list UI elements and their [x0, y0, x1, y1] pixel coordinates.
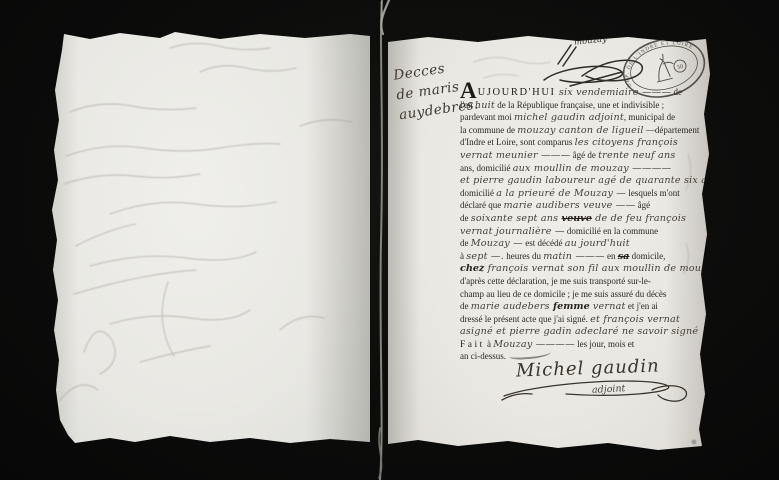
text-segment: Mouzay —	[471, 238, 523, 249]
text-segment: Fait	[460, 340, 485, 350]
text-segment: de	[671, 87, 682, 97]
text-segment: marie audebers	[471, 301, 553, 312]
text-segment: de de feu françois	[592, 213, 686, 224]
text-segment: à	[485, 339, 494, 349]
text-segment: pardevant moi	[460, 112, 514, 122]
ink-spot	[692, 440, 697, 445]
text-segment: françois vernat son fil aux moullin de m…	[484, 263, 718, 274]
photo-background: Decces de maris auydebres. mouzay	[0, 0, 779, 480]
act-line: déclaré que marie audibers veuve —— âgé	[460, 199, 710, 212]
signature-block: Michel gaudin adjoint	[500, 344, 706, 422]
act-line: l'an huit de la République française, un…	[460, 99, 710, 112]
bleedthrough-ink	[50, 30, 370, 446]
act-line: champ au lieu de ce domicile ; je me sui…	[460, 288, 710, 301]
text-segment: mouzay canton de ligueil	[517, 125, 643, 136]
text-segment: vernat journalière —	[460, 226, 565, 237]
act-line: ans, domicilié aux moullin de mouzay ———…	[460, 162, 710, 175]
act-line: dressé le présent acte que j'ai signé. e…	[460, 313, 710, 326]
act-line: d'après cette déclaration, je me suis tr…	[460, 275, 710, 288]
act-line: d'Indre et Loire, sont comparus les cito…	[460, 136, 710, 149]
text-segment: domicilié	[460, 188, 496, 198]
text-segment: d'Indre et Loire, sont comparus	[460, 137, 575, 147]
text-segment: soixante sept ans	[471, 213, 562, 224]
text-segment: de	[460, 213, 471, 223]
act-line: pardevant moi michel gaudin adjoint, mun…	[460, 111, 710, 124]
act-line: domicilié a la prieuré de Mouzay — lesqu…	[460, 187, 710, 200]
text-segment: matin ———	[543, 251, 605, 262]
text-segment: ans, domicilié	[460, 163, 513, 173]
text-segment: de	[460, 301, 471, 311]
text-segment: heures du	[504, 251, 543, 261]
act-line: AUJOURD'HUI six vendemiaire ——— de	[460, 86, 710, 99]
act-line: de Mouzay — est décédé au jourd'huit	[460, 237, 710, 250]
text-segment: domicile,	[629, 251, 665, 261]
text-segment: de	[460, 238, 471, 248]
act-line: la commune de mouzay canton de ligueil —…	[460, 124, 710, 137]
act-line: vernat journalière — domicilié en la com…	[460, 225, 710, 238]
text-segment: veuve	[562, 213, 592, 224]
text-segment: de la République française, une et indiv…	[495, 100, 664, 110]
text-segment: chez	[460, 263, 484, 274]
text-segment: marie audibers veuve ——	[503, 200, 635, 211]
act-line: vernat meunier ——— âgé de trente neuf an…	[460, 149, 710, 162]
text-segment: sa	[618, 251, 630, 262]
act-line: de soixante sept ans veuve de de feu fra…	[460, 212, 710, 225]
act-line: asigné et pierre gadin adeclaré ne savoi…	[460, 325, 710, 338]
act-line: et pierre gaudin laboureur agé de quaran…	[460, 174, 710, 187]
act-line: à sept —. heures du matin ——— en sa domi…	[460, 250, 710, 263]
text-segment: domicilié en la commune	[565, 226, 658, 236]
right-page: Decces de maris auydebres. mouzay	[388, 34, 710, 454]
text-segment: A	[460, 86, 477, 95]
signature-title: adjoint	[592, 383, 626, 396]
text-segment: et françois vernat	[590, 314, 680, 325]
text-segment: âgé	[635, 200, 650, 210]
text-segment: femme	[553, 301, 590, 312]
act-line: chez françois vernat son fil aux moullin…	[460, 262, 710, 275]
text-segment: asigné et pierre gadin adeclaré ne savoi…	[460, 326, 698, 337]
text-segment: aux moullin de mouzay ————	[513, 163, 672, 174]
text-segment: vernat	[590, 301, 626, 312]
text-segment: en	[605, 251, 618, 261]
text-segment: lesquels m'ont	[626, 188, 680, 198]
text-segment: et pierre gaudin laboureur agé de quaran…	[460, 175, 719, 186]
act-line: de marie audebers femme vernat et j'en a…	[460, 300, 710, 313]
left-page	[50, 30, 370, 446]
text-segment: a la prieuré de Mouzay —	[496, 188, 626, 199]
stamp-value: 50	[677, 64, 684, 71]
act-body: AUJOURD'HUI six vendemiaire ——— del'an h…	[460, 86, 710, 363]
text-segment: UJOURD'HUI	[478, 87, 556, 98]
text-segment: , municipal de	[624, 112, 675, 122]
text-segment: l'an	[460, 100, 475, 110]
text-segment: vernat meunier ———	[460, 150, 570, 161]
text-segment: trente neuf ans	[598, 150, 675, 161]
text-segment: les citoyens françois	[575, 137, 678, 148]
text-segment: d'après cette déclaration, je me suis tr…	[460, 276, 651, 286]
text-segment: sept —.	[466, 251, 504, 262]
text-segment: champ au lieu de ce domicile ; je me sui…	[460, 289, 666, 299]
text-segment: huit	[475, 100, 495, 111]
text-segment: —département	[644, 125, 700, 135]
text-segment: et j'en ai	[626, 301, 658, 311]
text-segment: est décédé	[523, 238, 565, 248]
text-segment: dressé le présent acte que j'ai signé.	[460, 314, 590, 324]
text-segment: michel gaudin adjoint	[514, 112, 624, 123]
text-segment: déclaré que	[460, 200, 503, 210]
text-segment: la commune de	[460, 125, 517, 135]
text-segment: âgé de	[570, 150, 598, 160]
text-segment: six vendemiaire ———	[556, 87, 672, 98]
text-segment: au jourd'huit	[565, 238, 630, 249]
